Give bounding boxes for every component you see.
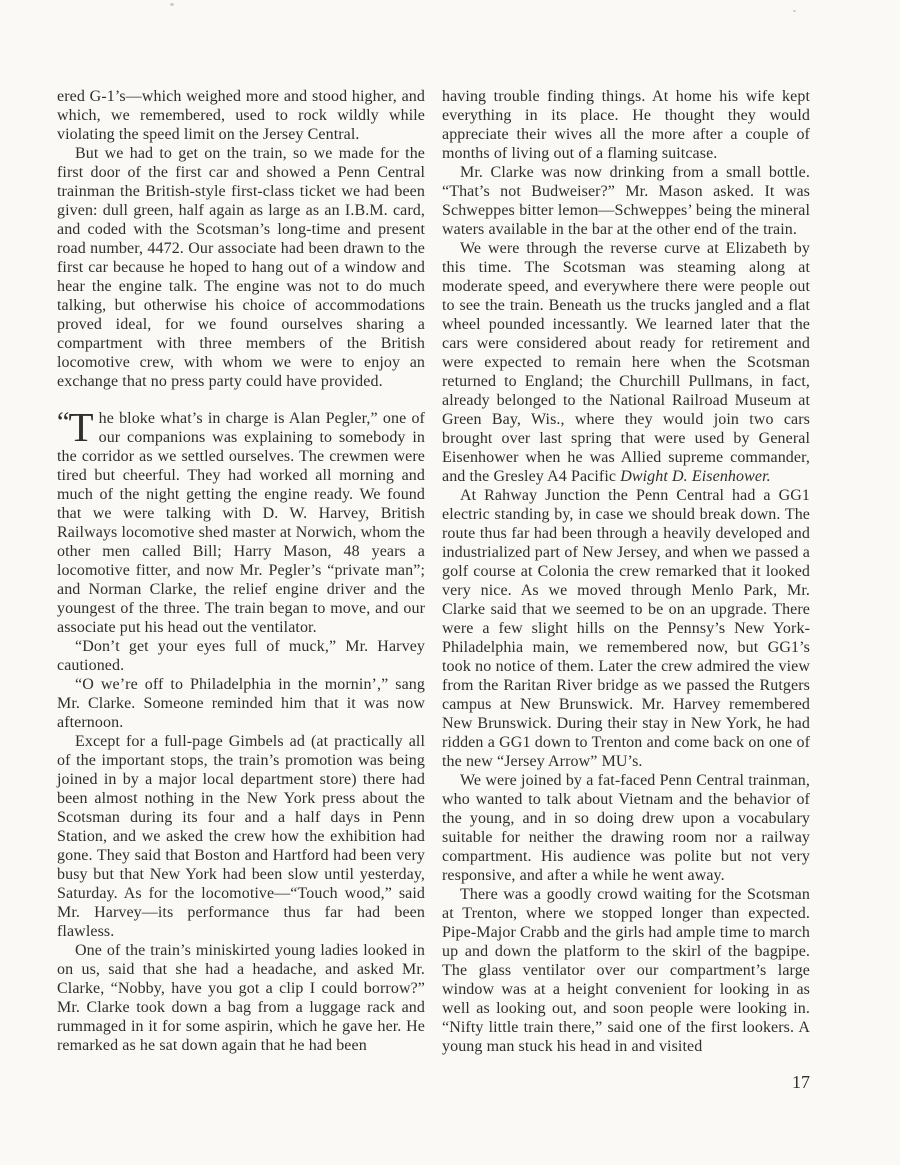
paragraph-right-6: There was a goodly crowd waiting for the…	[442, 885, 810, 1056]
paragraph-left-5: “O we’re off to Philadelphia in the morn…	[57, 675, 425, 732]
paragraph-left-1: ered G-1’s—which weighed more and stood …	[57, 87, 425, 144]
magazine-page: ered G-1’s—which weighed more and stood …	[0, 0, 900, 1165]
paragraph-right-5: We were joined by a fat-faced Penn Centr…	[442, 771, 810, 885]
text-column-left: ered G-1’s—which weighed more and stood …	[57, 87, 425, 1056]
italic-text: Dwight D. Eisenhower.	[620, 468, 771, 485]
text-column-right: having trouble finding things. At home h…	[442, 87, 810, 1056]
drop-cap: “T	[57, 410, 94, 446]
paragraph-left-6: Except for a full-page Gimbels ad (at pr…	[57, 732, 425, 941]
scan-speck	[793, 10, 796, 12]
paragraph-right-4: At Rahway Junction the Penn Central had …	[442, 486, 810, 771]
drop-cap-letter: T	[68, 410, 93, 445]
paragraph-left-2: But we had to get on the train, so we ma…	[57, 144, 425, 391]
scan-speck	[170, 3, 174, 6]
paragraph-right-2: Mr. Clarke was now drinking from a small…	[442, 163, 810, 239]
page-number: 17	[442, 1072, 810, 1092]
open-quote-mark: “	[57, 410, 67, 436]
text-columns: ered G-1’s—which weighed more and stood …	[57, 87, 810, 1056]
paragraph-right-1: having trouble finding things. At home h…	[442, 87, 810, 163]
paragraph-left-4: “Don’t get your eyes full of muck,” Mr. …	[57, 637, 425, 675]
paragraph-left-7: One of the train’s miniskirted young lad…	[57, 941, 425, 1055]
paragraph-left-3: “The bloke what’s in charge is Alan Pegl…	[57, 409, 425, 637]
paragraph-right-3: We were through the reverse curve at Eli…	[442, 239, 810, 486]
